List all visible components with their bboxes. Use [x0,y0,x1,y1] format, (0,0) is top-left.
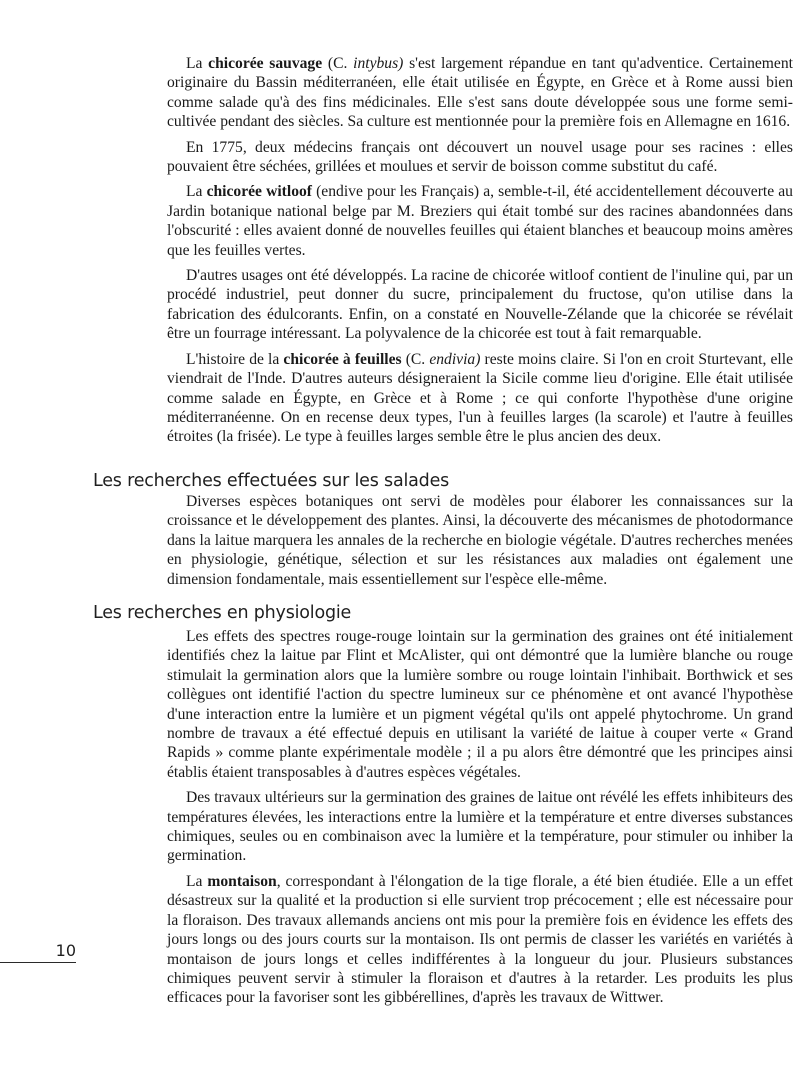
text-run: , correspondant à l'élongation de la tig… [167,873,793,1006]
italic-species-name: endivia) [429,351,480,368]
text-run: La [186,873,207,890]
text-run: L'histoire de la [186,351,283,368]
text-run: La [186,183,207,200]
bold-term: chicorée sauvage [208,55,322,72]
text-run: Diverses espèces botaniques ont servi de… [167,493,793,588]
paragraph: D'autres usages ont été développés. La r… [167,266,793,344]
bold-term: chicorée witloof [207,183,312,200]
text-run: (C. [322,55,353,72]
paragraph: Les effets des spectres rouge-rouge loin… [167,627,793,782]
bold-term: chicorée à feuilles [283,351,401,368]
heading-research-on-salads: Les recherches effectuées sur les salade… [93,470,449,492]
text-run: Des travaux ultérieurs sur la germinatio… [167,789,793,864]
paragraph: La chicorée witloof (endive pour les Fra… [167,182,793,260]
text-run: En 1775, deux médecins français ont déco… [167,139,793,175]
section-research-on-salads: Diverses espèces botaniques ont servi de… [167,492,793,595]
heading-physiology-research: Les recherches en physiologie [93,602,351,624]
bold-term: montaison [207,873,276,890]
paragraph: La chicorée sauvage (C. intybus) s'est l… [167,54,793,132]
paragraph: Des travaux ultérieurs sur la germinatio… [167,788,793,866]
paragraph: Diverses espèces botaniques ont servi de… [167,492,793,589]
text-run: (C. [402,351,430,368]
section-physiology-research: Les effets des spectres rouge-rouge loin… [167,627,793,1014]
text-run: La [186,55,208,72]
paragraph: En 1775, deux médecins français ont déco… [167,138,793,177]
italic-species-name: intybus) [353,55,403,72]
paragraph: L'histoire de la chicorée à feuilles (C.… [167,350,793,447]
document-page: La chicorée sauvage (C. intybus) s'est l… [0,0,800,1071]
text-run: Les effets des spectres rouge-rouge loin… [167,628,793,781]
page-number: 10 [0,940,76,963]
paragraph: La montaison, correspondant à l'élongati… [167,872,793,1008]
text-run: D'autres usages ont été développés. La r… [167,267,793,342]
section-chicory-history: La chicorée sauvage (C. intybus) s'est l… [167,54,793,453]
